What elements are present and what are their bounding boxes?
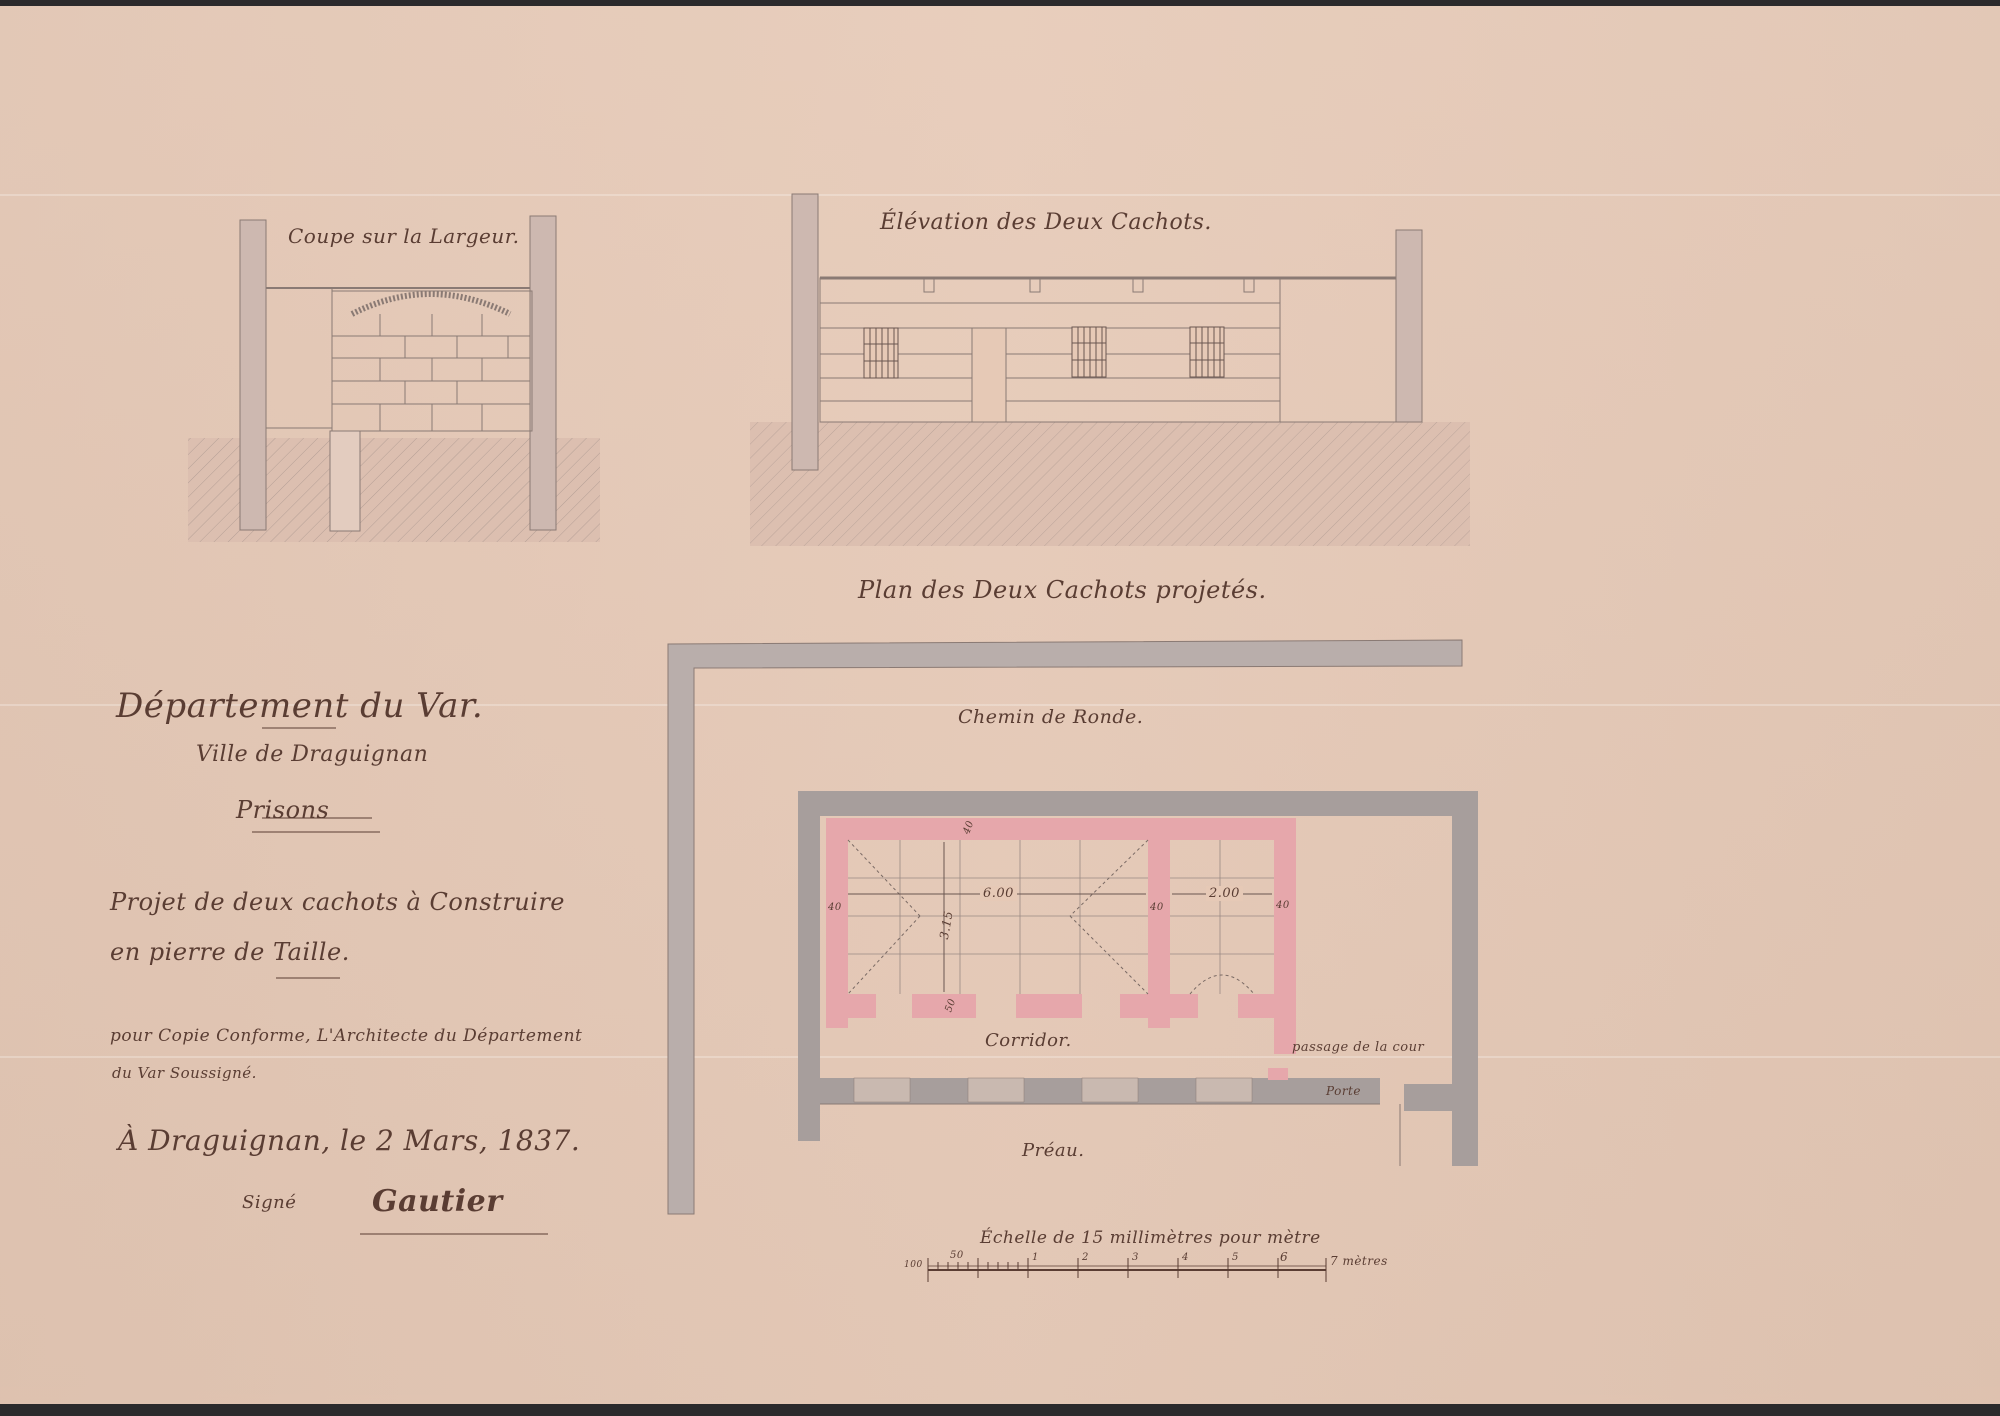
dimension-wall: 40 (1150, 902, 1164, 913)
scale-tick-label: 50 (950, 1250, 964, 1261)
plan-label-yard-passage: passage de la cour (1292, 1040, 1424, 1055)
scale-bar (928, 1258, 1326, 1282)
elevation-title: Élévation des Deux Cachots. (880, 210, 1212, 235)
scale-title: Échelle de 15 millimètres pour mètre (980, 1228, 1321, 1248)
section-drawing (188, 216, 600, 542)
plan-label-courtyard: Préau. (1022, 1140, 1084, 1161)
certification-line-2: du Var Soussigné. (112, 1064, 257, 1082)
plan-label-path: Chemin de Ronde. (958, 706, 1143, 728)
scale-tick-label: 3 (1132, 1252, 1139, 1263)
scale-end-label: 7 mètres (1330, 1254, 1388, 1268)
barred-window (864, 327, 1224, 378)
section-title: Coupe sur la Largeur. (288, 224, 519, 248)
dimension-wall: 40 (828, 902, 842, 913)
signed-label: Signé (242, 1192, 296, 1213)
dimension-wall: 40 (1276, 900, 1290, 911)
project-line-1: Projet de deux cachots à Construire (110, 888, 565, 916)
elevation-drawing (750, 194, 1470, 546)
plan-label-door: Porte (1326, 1084, 1361, 1098)
scale-tick-label: 2 (1082, 1252, 1089, 1263)
project-line-2: en pierre de Taille. (110, 938, 350, 966)
scale-tick-label: 6 (1280, 1250, 1288, 1264)
certification-line-1: pour Copie Conforme, L'Architecte du Dép… (110, 1026, 582, 1046)
scale-tick-label: 4 (1182, 1252, 1189, 1263)
place-date: À Draguignan, le 2 Mars, 1837. (118, 1124, 580, 1157)
dimension-cell2-length: 2.00 (1206, 886, 1243, 901)
plan-label-corridor: Corridor. (985, 1030, 1072, 1051)
subject-prisons: Prisons (236, 796, 329, 824)
scale-tick-label: 1 (1032, 1252, 1039, 1263)
town-name: Ville de Draguignan (196, 742, 428, 767)
scale-tick-label: 5 (1232, 1252, 1239, 1263)
department-heading: Département du Var. (116, 686, 483, 726)
drawing-sheet: Coupe sur la Largeur. Élévation des Deux… (0, 0, 2000, 1416)
plan-title: Plan des Deux Cachots projetés. (858, 576, 1267, 604)
dimension-cell1-length: 6.00 (980, 886, 1017, 901)
scale-left-label: 100 (904, 1260, 923, 1270)
architect-signature: Gautier (372, 1184, 503, 1219)
